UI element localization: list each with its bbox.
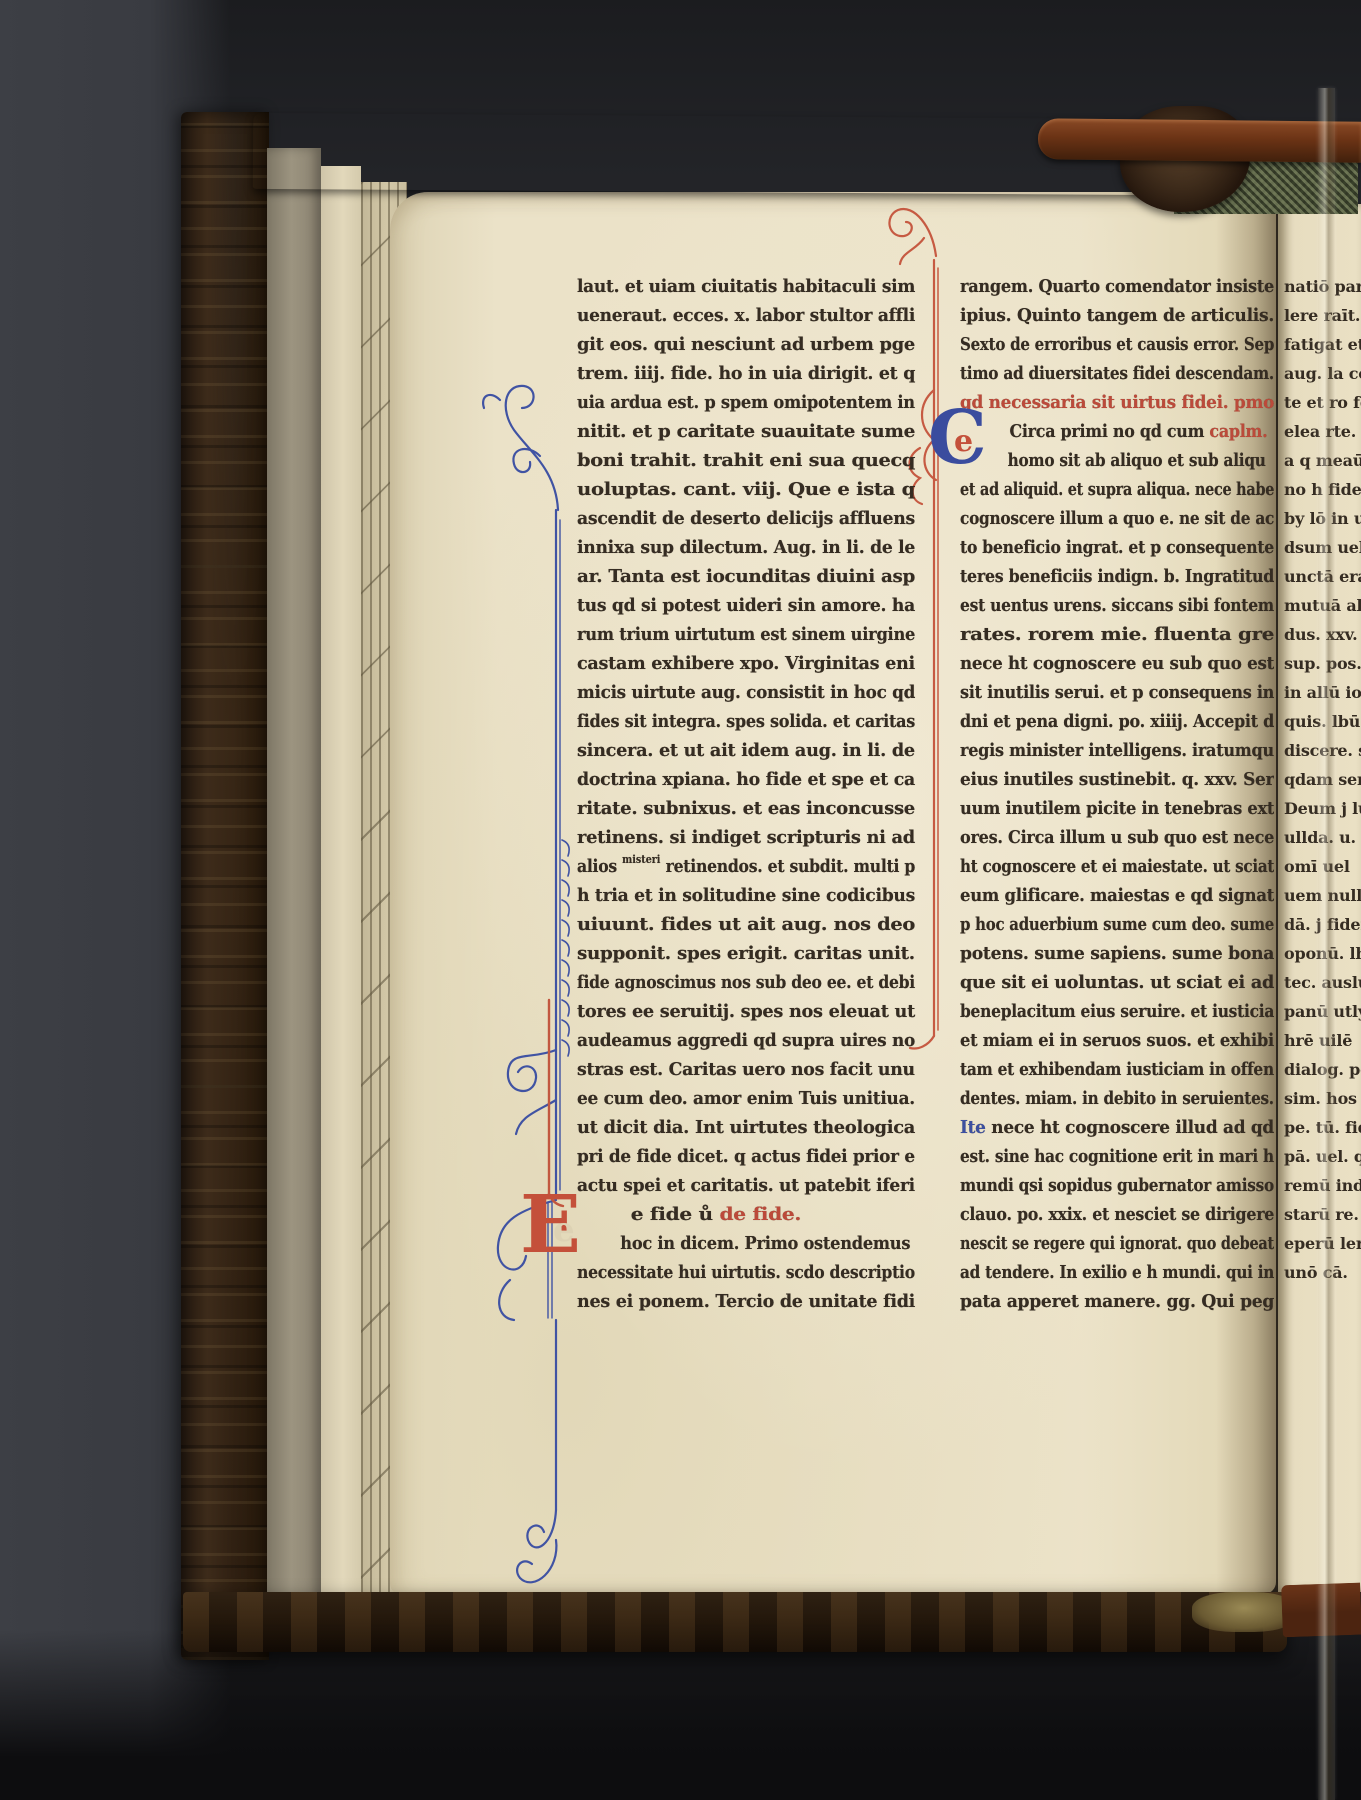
body-text: ee cum deo. amor enim Tuis unitiua. — [577, 1088, 915, 1109]
body-text: tam et exhibendam iusticiam in offen — [960, 1059, 1274, 1080]
manuscript-text-line: ascendit de deserto delicijs affluens — [577, 504, 901, 533]
body-text: to beneficio ingrat. et p consequente — [960, 537, 1274, 558]
manuscript-text-line: regis minister intelligens. iratumqu — [960, 736, 1240, 765]
manuscript-text-line: ee cum deo. amor enim Tuis unitiua. — [577, 1084, 895, 1113]
body-text: uoluptas. cant. viij. Que e ista q — [577, 479, 915, 500]
manuscript-text-line: beneplacitum eius seruire. et iusticia — [960, 997, 1230, 1026]
manuscript-text-line: to beneficio ingrat. et p consequente — [960, 533, 1233, 562]
body-text: uia ardua est. p spem omipotentem in — [577, 392, 915, 413]
manuscript-text-line: teres beneficiis indign. b. Ingratitud — [960, 562, 1236, 591]
body-text: micis uirtute aug. consistit in hoc qd — [577, 682, 915, 703]
body-text: Sexto de erroribus et causis error. Sep — [960, 334, 1274, 355]
glass-weight-strip — [1318, 88, 1335, 1800]
blue-penwork-paths — [483, 386, 569, 1582]
left-leather-cover — [181, 112, 269, 1660]
body-text: supponit. spes erigit. caritas unit. — [577, 943, 915, 964]
manuscript-text-line: tores ee seruitij. spes nos eleuat ut — [577, 997, 910, 1026]
body-text: boni trahit. trahit eni sua quecq — [577, 450, 915, 471]
manuscript-text-line: que sit ei uoluntas. ut sciat ei ad — [960, 968, 1268, 997]
manuscript-text-line: ritate. subnixus. et eas inconcusse — [577, 794, 915, 823]
body-text: e fide ů — [631, 1204, 720, 1225]
body-text: teres beneficiis indign. b. Ingratitud — [960, 566, 1274, 587]
body-text: nescit se regere qui ignorat. quo debeat — [960, 1233, 1274, 1254]
body-text: innixa sup dilectum. Aug. in li. de le — [577, 537, 915, 558]
body-text: tus qd si potest uideri sin amore. ha — [577, 595, 915, 616]
body-text: retinendos. et subdit. multi p — [660, 856, 915, 877]
manuscript-text-line: rates. rorem mie. fluenta gre — [960, 620, 1274, 649]
body-text: et miam ei in seruos suos. et exhibi — [960, 1030, 1274, 1051]
bottom-cover-edge — [183, 1592, 1287, 1652]
manuscript-text-line: et miam ei in seruos suos. et exhibi — [960, 1026, 1244, 1055]
initial-E-filigree: e — [553, 1210, 575, 1250]
manuscript-text-line: dni et pena digni. po. xiiij. Accepit d — [960, 707, 1239, 736]
manuscript-text-line: alios misteri retinendos. et subdit. mul… — [577, 852, 871, 881]
manuscript-text-line: retinens. si indiget scripturis ni ad — [577, 823, 912, 852]
left-text-column: laut. et uiam ciuitatis habitaculi simue… — [577, 272, 915, 1320]
body-text: sincera. et ut ait idem aug. in li. de — [577, 740, 915, 761]
body-text: rum trium uirtutum est sinem uirgine — [577, 624, 915, 645]
manuscript-text-line: uia ardua est. p spem omipotentem in — [577, 388, 883, 417]
body-text: pri de fide dicet. q actus fidei prior e — [577, 1146, 915, 1167]
interlinear-note: misteri — [622, 853, 660, 866]
body-text: nece ht cognoscere eu sub quo est — [960, 653, 1274, 674]
body-text: nitit. et p caritate suauitate sume — [577, 421, 915, 442]
body-text: laut. et uiam ciuitatis habitaculi sim — [577, 276, 915, 297]
body-text: tores ee seruitij. spes nos eleuat ut — [577, 1001, 915, 1022]
clasp-strap — [1038, 118, 1361, 162]
blue-penwork-flourish — [470, 360, 580, 1600]
manuscript-text-line: est. sine hac cognitione erit in mari h — [960, 1142, 1227, 1171]
manuscript-text-line: ipius. Quinto tangem de articulis. — [960, 301, 1259, 330]
body-text: castam exhibere xpo. Virginitas eni — [577, 653, 915, 674]
manuscript-text-line: rum trium uirtutum est sinem uirgine — [577, 620, 883, 649]
decorated-initial-C: C e — [928, 402, 1008, 480]
manuscript-text-line: p hoc aduerbium sume cum deo. sume — [960, 910, 1221, 939]
body-text: et ad aliquid. et supra aliqua. nece hab… — [960, 479, 1274, 500]
manuscript-text-line: innixa sup dilectum. Aug. in li. de le — [577, 533, 900, 562]
manuscript-text-line: nece ht cognoscere eu sub quo est — [960, 649, 1252, 678]
manuscript-text-line: ar. Tanta est iocunditas diuini asp — [577, 562, 921, 591]
body-text: rates. rorem mie. fluenta gre — [960, 624, 1274, 645]
manuscript-text-line: rangem. Quarto comendator insiste — [960, 272, 1242, 301]
body-text: fides sit integra. spes solida. et carit… — [577, 711, 915, 732]
body-text: uum inutilem picite in tenebras ext — [960, 798, 1274, 819]
manuscript-text-line: hoc in dicem. Primo ostendemus — [577, 1229, 882, 1258]
body-text: ipius. Quinto tangem de articulis. — [960, 305, 1274, 326]
manuscript-text-line: cognoscere illum a quo e. ne sit de ac — [960, 504, 1227, 533]
manuscript-text-line: timo ad diuersitates fidei descendam. — [960, 359, 1227, 388]
body-text: necessitate hui uirtutis. scdo descripti… — [577, 1262, 915, 1283]
manuscript-text-line: castam exhibere xpo. Virginitas eni — [577, 649, 908, 678]
manuscript-text-line: eius inutiles sustinebit. q. xxv. Ser — [960, 765, 1255, 794]
manuscript-text-line: uiuunt. fides ut ait aug. nos deo — [577, 910, 942, 939]
manuscript-text-line: necessitate hui uirtutis. scdo descripti… — [577, 1258, 871, 1287]
manuscript-text-line: mundi qsi sopidus gubernator amisso — [960, 1171, 1227, 1200]
manuscript-text-line: fides sit integra. spes solida. et carit… — [577, 707, 879, 736]
manuscript-text-line: ores. Circa illum u sub quo est nece — [960, 823, 1240, 852]
body-text: eum glificare. maiestas e qd signat — [960, 885, 1274, 906]
body-text: git eos. qui nesciunt ad urbem pge — [577, 334, 915, 355]
manuscript-text-line: sit inutilis serui. et p consequens in — [960, 678, 1241, 707]
body-text: homo sit ab aliquo et sub aliqu — [1008, 450, 1266, 471]
manuscript-text-line: e fide ů de fide. — [577, 1200, 956, 1229]
manuscript-text-line: git eos. qui nesciunt ad urbem pge — [577, 330, 912, 359]
body-text: uiuunt. fides ut ait aug. nos deo — [577, 914, 915, 935]
body-text: regis minister intelligens. iratumqu — [960, 740, 1274, 761]
manuscript-text-line: uum inutilem picite in tenebras ext — [960, 794, 1244, 823]
body-text: ad tendere. In exilio e h mundi. qui in — [960, 1262, 1274, 1283]
manuscript-text-line: tam et exhibendam iusticiam in offen — [960, 1055, 1228, 1084]
pastedown-edge — [267, 148, 321, 1630]
manuscript-text-line: audeamus aggredi qd supra uires no — [577, 1026, 895, 1055]
body-text: que sit ei uoluntas. ut sciat ei ad — [960, 972, 1274, 993]
manuscript-text-line: Ite nece ht cognoscere illud ad qd — [960, 1113, 1255, 1142]
manuscript-text-line: fide agnoscimus nos sub deo ee. et debi — [577, 968, 870, 997]
body-text: alios — [577, 856, 622, 877]
page-block-edge — [321, 166, 361, 1618]
manuscript-text-line: stras est. Caritas uero nos facit unu — [577, 1055, 902, 1084]
manuscript-photograph: E e C e laut. et uiam ciuitatis habitacu… — [0, 0, 1361, 1800]
manuscript-text-line: ad tendere. In exilio e h mundi. qui in — [960, 1258, 1226, 1287]
rubric-text: caplm. — [1209, 421, 1267, 442]
manuscript-text-line: uoluptas. cant. viij. Que e ista q — [577, 475, 946, 504]
body-text: dentes. miam. in debito in seruientes. — [960, 1088, 1274, 1109]
body-text: cognoscere illum a quo e. ne sit de ac — [960, 508, 1274, 529]
body-text: trem. iiij. fide. ho in uia dirigit. et … — [577, 363, 915, 384]
body-text: stras est. Caritas uero nos facit unu — [577, 1059, 915, 1080]
manuscript-text-line: ueneraut. ecces. x. labor stultor affli — [577, 301, 897, 330]
manuscript-text-line: nes ei ponem. Tercio de unitate fidi — [577, 1287, 906, 1316]
body-text: rangem. Quarto comendator insiste — [960, 276, 1274, 297]
manuscript-text-line: ut dicit dia. Int uirtutes theologica — [577, 1113, 912, 1142]
manuscript-text-line: eum glificare. maiestas e qd signat — [960, 881, 1247, 910]
body-text: ar. Tanta est iocunditas diuini asp — [577, 566, 915, 587]
body-text: dni et pena digni. po. xiiij. Accepit d — [960, 711, 1274, 732]
blue-paraph-text: Ite — [960, 1117, 991, 1138]
body-text: nece ht cognoscere illud ad qd — [991, 1117, 1274, 1138]
manuscript-text-line: potens. sume sapiens. sume bona — [960, 939, 1260, 968]
body-text: unō cā. — [1284, 1263, 1348, 1282]
body-text: ht cognoscere et ei maiestate. ut sciat — [960, 856, 1274, 877]
body-text: sit inutilis serui. et p consequens in — [960, 682, 1274, 703]
manuscript-text-line: ht cognoscere et ei maiestate. ut sciat — [960, 852, 1224, 881]
body-text: clauo. po. xxix. et nesciet se dirigere — [960, 1204, 1274, 1225]
body-text: doctrina xpiana. ho fide et spe et ca — [577, 769, 915, 790]
manuscript-text-line: h tria et in solitudine sine codicibus — [577, 881, 900, 910]
body-text: est. sine hac cognitione erit in mari h — [960, 1146, 1274, 1167]
body-text: p hoc aduerbium sume cum deo. sume — [960, 914, 1274, 935]
manuscript-text-line: boni trahit. trahit eni sua quecq — [577, 446, 940, 475]
body-text: retinens. si indiget scripturis ni ad — [577, 827, 915, 848]
body-text: actu spei et caritatis. ut patebit iferi — [577, 1175, 915, 1196]
manuscript-text-line: clauo. po. xxix. et nesciet se dirigere — [960, 1200, 1237, 1229]
body-text: timo ad diuersitates fidei descendam. — [960, 363, 1274, 384]
body-text: potens. sume sapiens. sume bona — [960, 943, 1274, 964]
manuscript-text-line: micis uirtute aug. consistit in hoc qd — [577, 678, 893, 707]
decorated-initial-E: E e — [520, 1186, 614, 1268]
worn-leather-patch — [1192, 1592, 1296, 1632]
manuscript-text-line: trem. iiij. fide. ho in uia dirigit. et … — [577, 359, 904, 388]
rubric-text: de fide. — [720, 1204, 802, 1225]
manuscript-text-line: supponit. spes erigit. caritas unit. — [577, 939, 921, 968]
body-text: h tria et in solitudine sine codicibus — [577, 885, 915, 906]
body-text: ritate. subnixus. et eas inconcusse — [577, 798, 915, 819]
manuscript-text-line: pata apperet manere. gg. Qui peg — [960, 1287, 1259, 1316]
body-text: eius inutiles sustinebit. q. xxv. Ser — [960, 769, 1274, 790]
body-text: audeamus aggredi qd supra uires no — [577, 1030, 915, 1051]
manuscript-text-line: pri de fide dicet. q actus fidei prior e — [577, 1142, 894, 1171]
manuscript-text-line: nescit se regere qui ignorat. quo debeat — [960, 1229, 1211, 1258]
body-text: ascendit de deserto delicijs affluens — [577, 508, 915, 529]
body-text: hoc in dicem. Primo ostendemus — [620, 1233, 910, 1254]
body-text: est uentus urens. siccans sibi fontem — [960, 595, 1274, 616]
manuscript-text-line: dentes. miam. in debito in seruientes. — [960, 1084, 1225, 1113]
top-cover-edge — [253, 113, 1170, 195]
manuscript-text-line: sincera. et ut ait idem aug. in li. de — [577, 736, 909, 765]
body-text: ueneraut. ecces. x. labor stultor affli — [577, 305, 915, 326]
body-text: fide agnoscimus nos sub deo ee. et debi — [577, 972, 915, 993]
body-text: Circa primi no qd cum — [1010, 421, 1210, 442]
manuscript-text-line: est uentus urens. siccans sibi fontem — [960, 591, 1230, 620]
manuscript-text-line: tus qd si potest uideri sin amore. ha — [577, 591, 899, 620]
manuscript-text-line: Sexto de erroribus et causis error. Sep — [960, 330, 1222, 359]
body-text: beneplacitum eius seruire. et iusticia — [960, 1001, 1274, 1022]
body-text: ores. Circa illum u sub quo est nece — [960, 827, 1274, 848]
body-text: nes ei ponem. Tercio de unitate fidi — [577, 1291, 915, 1312]
manuscript-text-line: nitit. et p caritate suauitate sume — [577, 417, 923, 446]
body-text: ut dicit dia. Int uirtutes theologica — [577, 1117, 915, 1138]
body-text: omī uel — [1284, 857, 1350, 876]
manuscript-text-line: doctrina xpiana. ho fide et spe et ca — [577, 765, 903, 794]
body-text: pata apperet manere. gg. Qui peg — [960, 1291, 1274, 1312]
manuscript-text-line: actu spei et caritatis. ut patebit iferi — [577, 1171, 897, 1200]
manuscript-text-line: laut. et uiam ciuitatis habitaculi sim — [577, 272, 897, 301]
body-text: mundi qsi sopidus gubernator amisso — [960, 1175, 1274, 1196]
initial-C-filigree: e — [954, 424, 973, 459]
